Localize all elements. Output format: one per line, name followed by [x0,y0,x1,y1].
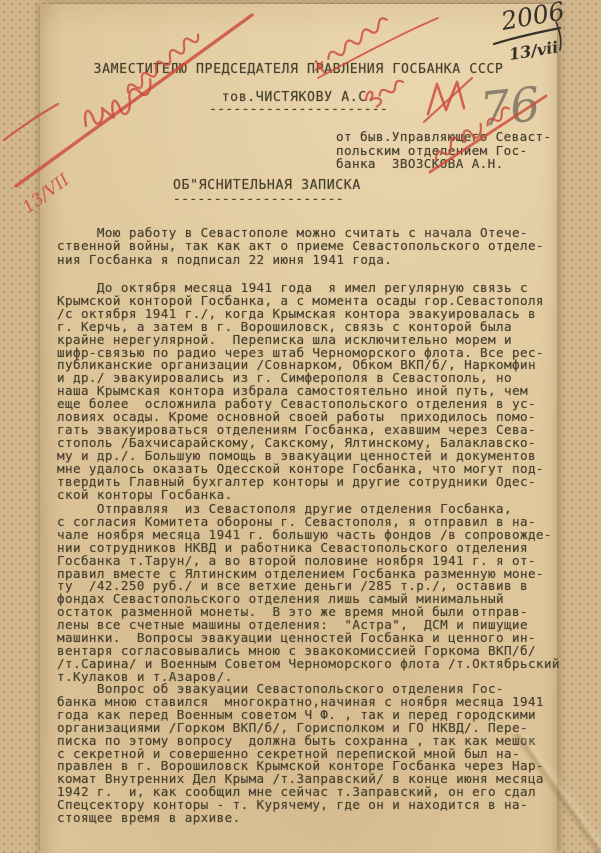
title-underline: --------------------- [173,194,344,207]
addressee-underline: ---------------------- [40,104,557,117]
document-page: ЗАМЕСТИТЕЛЮ ПРЕДСЕДАТЕЛЯ ПРАВЛЕНИЯ ГОСБА… [40,4,557,853]
paragraph-3: Отправляя из Севастополя другие отделени… [57,503,560,684]
addressee-line-1: ЗАМЕСТИТЕЛЮ ПРЕДСЕДАТЕЛЯ ПРАВЛЕНИЯ ГОСБА… [40,64,557,77]
paragraph-2: До октября месяца 1941 года я имел регул… [57,282,544,501]
document-title: ОБ"ЯСНИТЕЛЬНАЯ ЗАПИСКА [173,180,361,193]
scanned-photo-background: { "annotations": { "ink_registration_num… [0,0,601,853]
paragraph-1: Мою работу в Севастополе можно считать с… [57,226,544,266]
paragraph-4: Вопрос об эвакуации Севастопольского отд… [57,683,544,825]
sender-block: от быв.Управляющего Севаст- польским отд… [336,130,552,171]
